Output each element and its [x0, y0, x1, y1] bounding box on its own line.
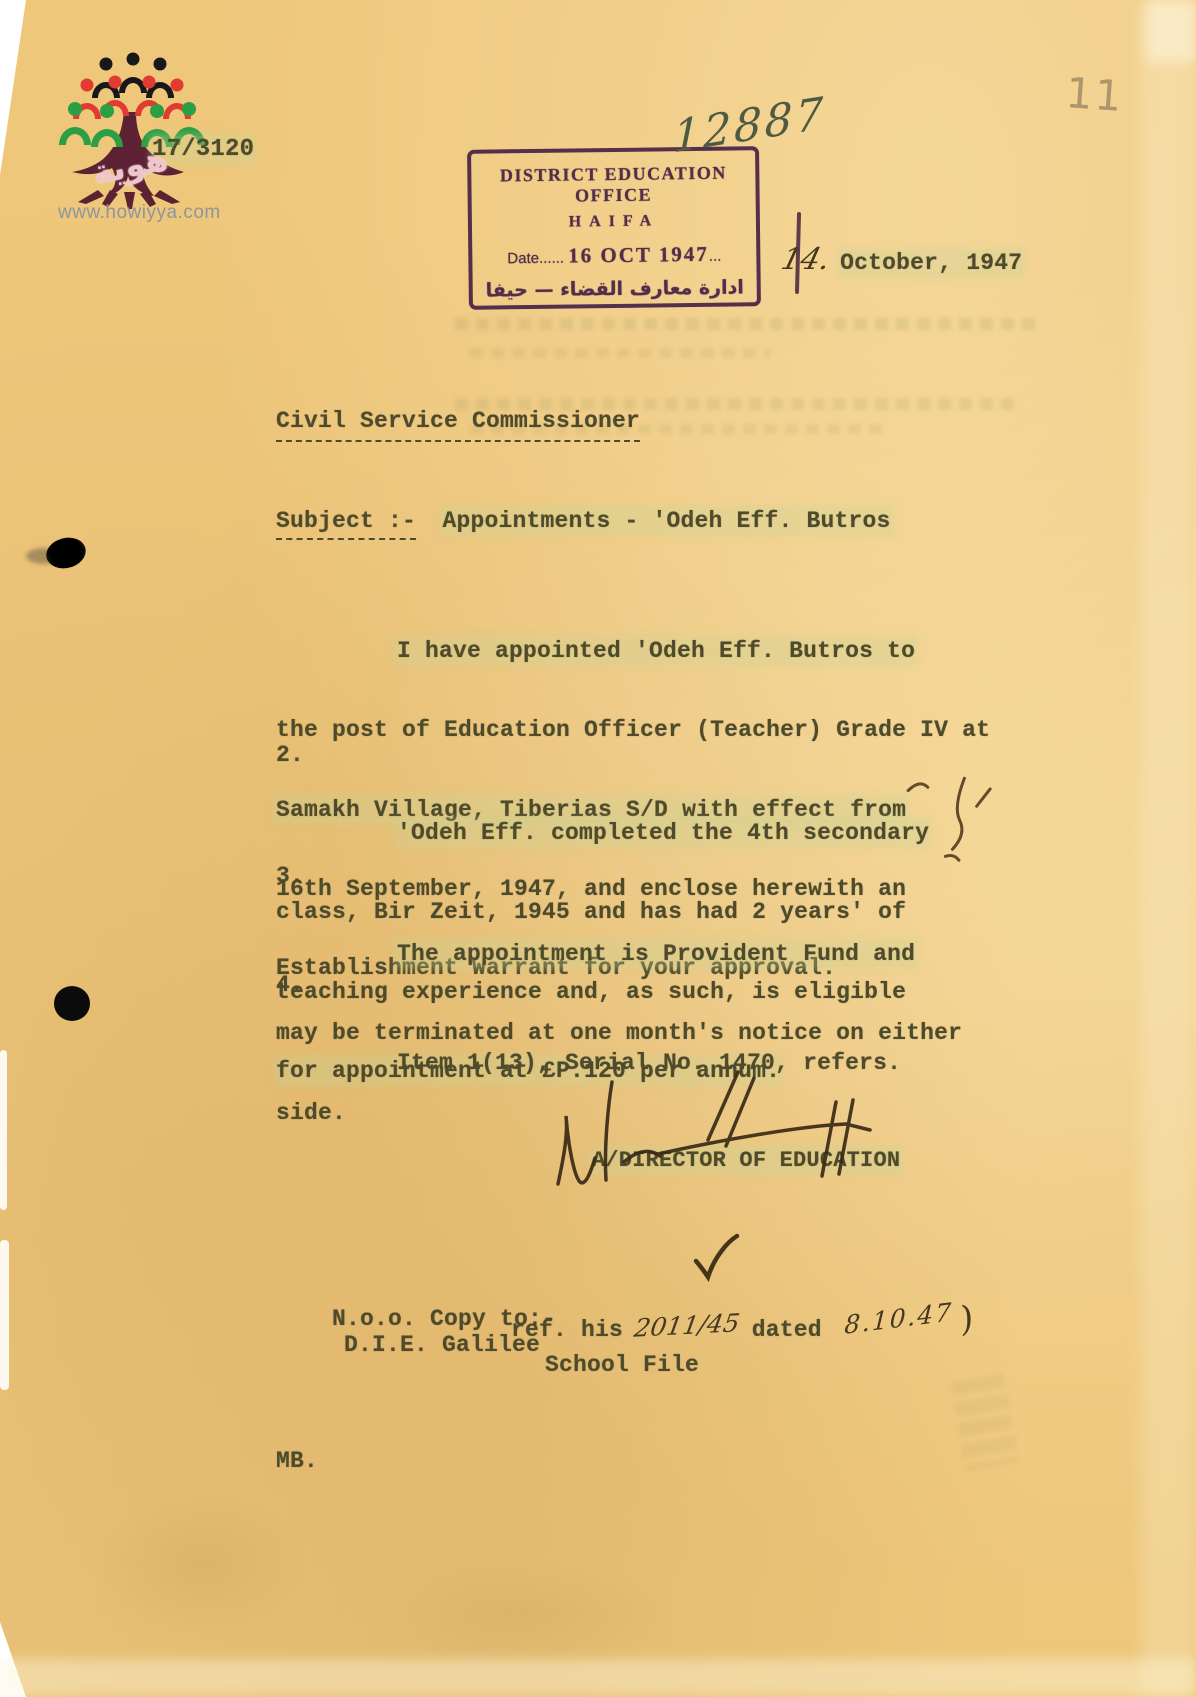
paragraph-number: 2. — [276, 742, 304, 768]
handwritten-signature-strokes — [540, 1058, 930, 1193]
paragraph-number: 3. — [276, 863, 304, 889]
cc-school-file-line: School File — [545, 1352, 699, 1378]
stamp-city-line: HAIFA — [472, 211, 756, 232]
letter-date-day-handwritten: 14. — [778, 242, 834, 277]
pen-flourish: ) — [956, 1298, 977, 1340]
cc-ref-prefix: ref. his — [511, 1317, 623, 1343]
scan-light-top-right — [1146, 0, 1196, 62]
howiyya-tree-logo — [58, 52, 208, 212]
handwritten-checkmark — [688, 1230, 742, 1284]
subject-label: Subject :- — [276, 508, 416, 540]
punch-hole-bottom — [54, 986, 90, 1021]
clerk-initials: MB. — [276, 1448, 318, 1474]
subject-value: Appointments - 'Odeh Eff. Butros — [442, 508, 890, 534]
people-tree-icon — [58, 52, 208, 212]
body-line: the post of Education Officer (Teacher) … — [276, 717, 990, 743]
page-edge-sliver-1 — [0, 1050, 7, 1210]
cc-ref-dated-word: dated — [752, 1317, 822, 1343]
paragraph-number: 4. — [276, 972, 304, 998]
stamp-date-value: 16 OCT 1947 — [568, 242, 709, 268]
scanned-letter-page: هوية www.howiyya.com 17/3120 12887 11 DI… — [0, 0, 1196, 1697]
stamp-office-line: DISTRICT EDUCATION OFFICE — [471, 162, 755, 207]
page-edge-sliver-2 — [0, 1240, 9, 1390]
watermark-url: www.howiyya.com — [58, 202, 221, 224]
body-line: The appointment is Provident Fund and — [397, 941, 915, 967]
cc-ref-number-handwritten: 2011/45 — [633, 1308, 743, 1342]
cc-reference-line: ref. his 2011/45 dated 8.10.47 ) — [511, 1305, 971, 1345]
bleedthrough-line — [455, 318, 1035, 330]
subject-line: Subject :- Appointments - 'Odeh Eff. But… — [276, 508, 891, 534]
stamp-arabic-line: ادارة معارف القضاء — حيفا — [473, 276, 757, 301]
bleedthrough-smudge — [950, 1373, 1020, 1471]
scan-light-right — [1141, 0, 1196, 1697]
letter-date-typed: October, 1947 — [840, 250, 1022, 276]
stamp-date-line: Date...... 16 OCT 1947... — [472, 241, 756, 269]
bleedthrough-line — [470, 348, 770, 358]
recipient-line: Civil Service Commissioner — [276, 408, 640, 442]
page-corner-top-left — [0, 0, 30, 175]
page-number-pencil: 11 — [1064, 68, 1125, 121]
district-education-office-stamp: DISTRICT EDUCATION OFFICE HAIFA Date....… — [467, 146, 761, 310]
body-line: 'Odeh Eff. completed the 4th secondary — [397, 820, 929, 846]
letter-date: 14. October, 1947 — [782, 242, 1022, 277]
paper-blotch — [90, 1490, 310, 1640]
pen-smudge-marks — [883, 761, 1007, 885]
cc-ref-date-handwritten: 8.10.47 — [844, 1297, 954, 1340]
paper-blotch — [380, 1560, 680, 1670]
punch-hole-top — [43, 534, 89, 573]
body-line: I have appointed 'Odeh Eff. Butros to — [397, 638, 915, 664]
